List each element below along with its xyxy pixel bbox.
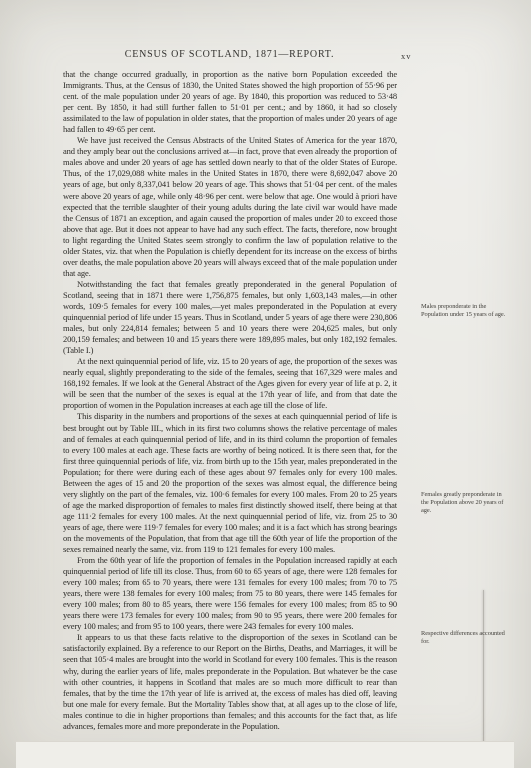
running-header-title: CENSUS OF SCOTLAND, 1871—REPORT. (63, 49, 396, 60)
margin-note-females-preponderate: Females greatly preponderate in the Popu… (421, 491, 509, 514)
margin-note-males-preponderate: Males preponderate in the Population und… (421, 303, 509, 319)
body-paragraph-5: This disparity in the numbers and propor… (63, 411, 397, 555)
margin-note-differences-accounted: Respective differences accounted for. (421, 630, 509, 646)
body-paragraph-4: At the next quinquennial period of life,… (63, 356, 397, 411)
body-paragraph-7: It appears to us that these facts relati… (63, 632, 397, 731)
body-paragraph-6: From the 60th year of life the proportio… (63, 555, 397, 632)
page-bottom-margin (16, 741, 514, 768)
body-paragraph-1: that the change occurred gradually, in p… (63, 69, 397, 135)
page-number: xv (401, 51, 412, 61)
body-paragraph-2: We have just received the Census Abstrac… (63, 135, 397, 279)
body-paragraph-3: Notwithstanding the fact that females gr… (63, 279, 397, 356)
scanned-document-page: CENSUS OF SCOTLAND, 1871—REPORT. xv that… (0, 0, 531, 768)
body-text-column: that the change occurred gradually, in p… (63, 69, 397, 741)
